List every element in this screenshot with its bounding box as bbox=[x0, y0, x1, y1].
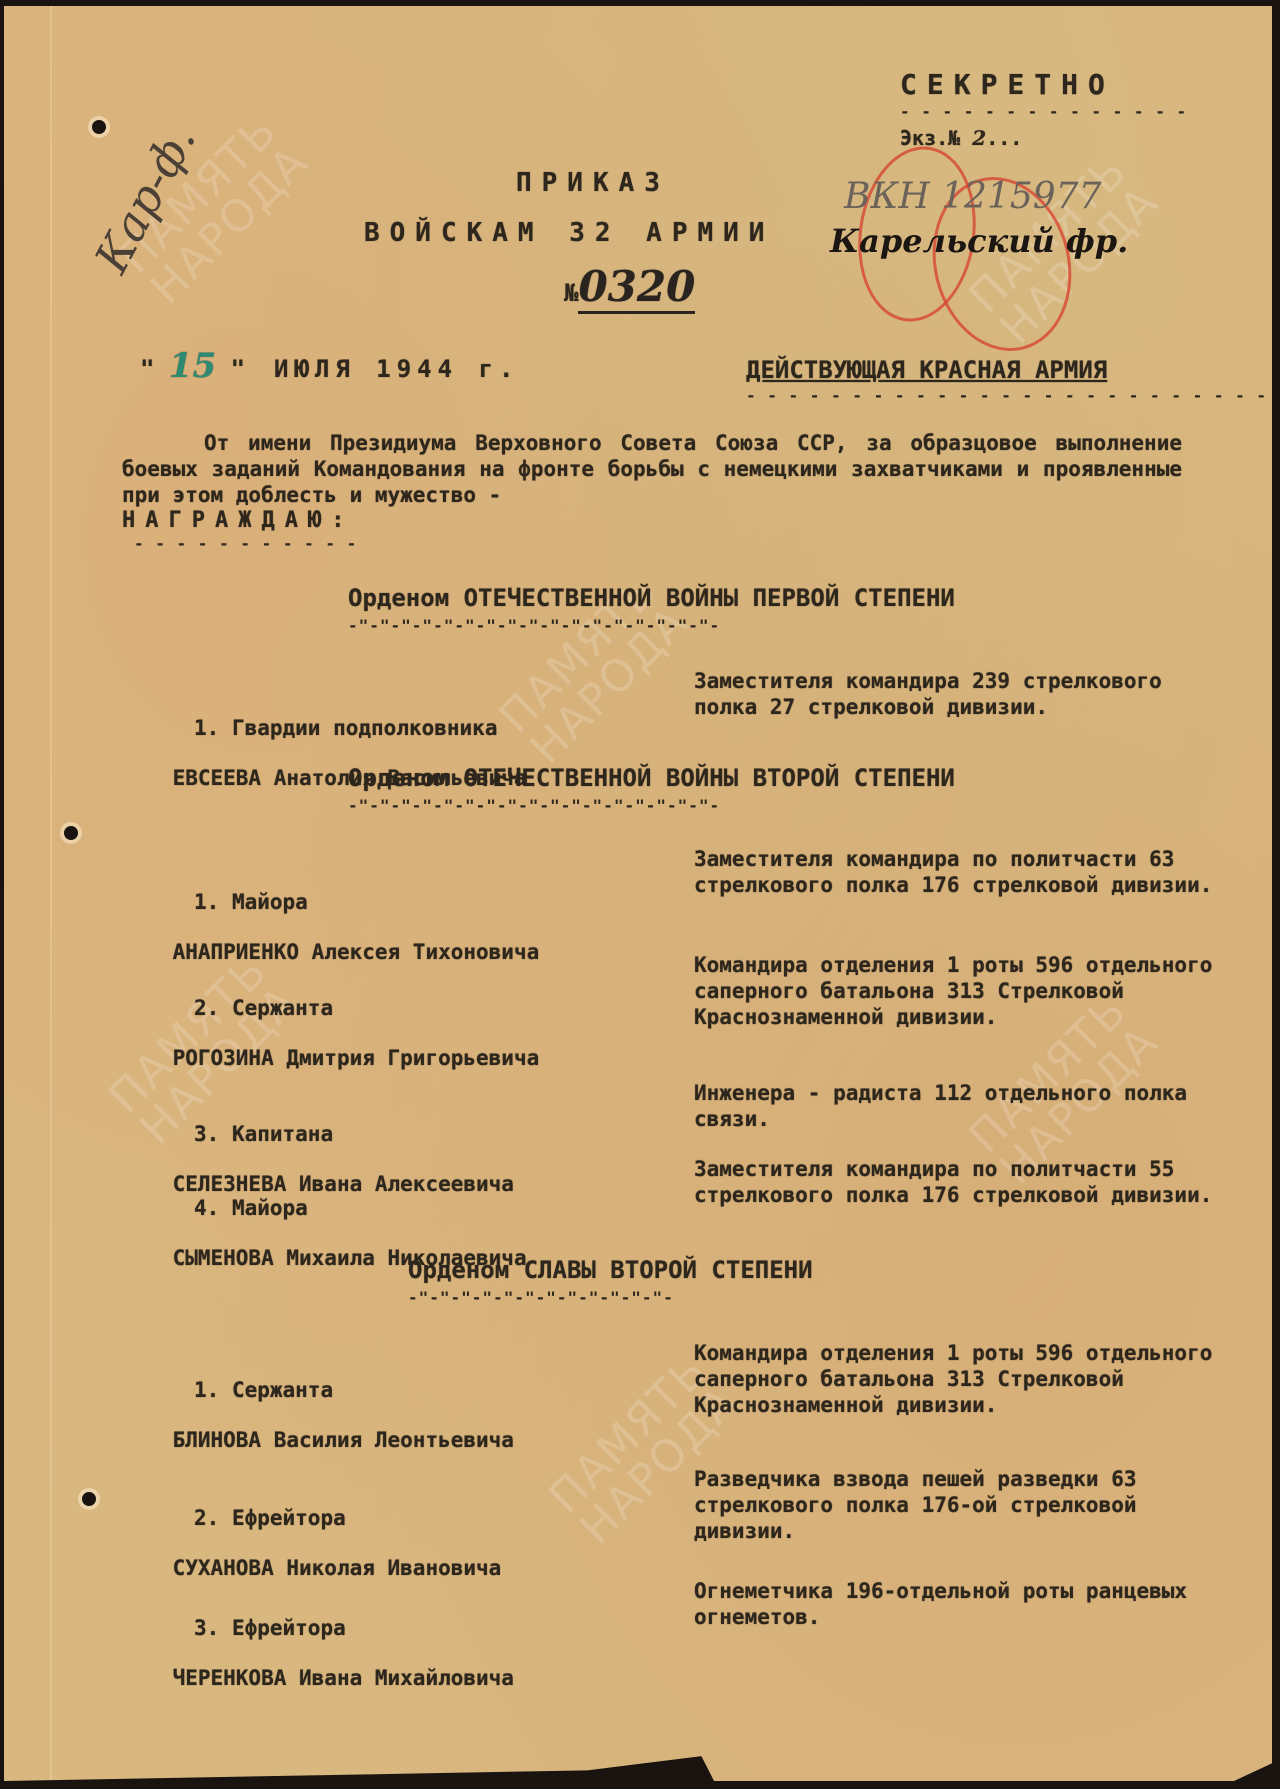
page-title: ПРИКАЗ bbox=[516, 168, 670, 198]
location-label: ДЕЙСТВУЮЩАЯ КРАСНАЯ АРМИЯ bbox=[746, 356, 1107, 384]
award-entry-position: Командира отделения 1 роты 596 отдельног… bbox=[694, 1340, 1214, 1418]
award-entry-position: Заместителя командира по политчасти 55 с… bbox=[694, 1156, 1214, 1208]
punch-hole bbox=[82, 1492, 96, 1506]
location-underline: - - - - - - - - - - - - - - - - - - - - … bbox=[746, 386, 1267, 405]
document-page: ПАМЯТЬНАРОДА ПАМЯТЬНАРОДА ПАМЯТЬНАРОДА П… bbox=[4, 6, 1272, 1781]
order-number: №0320 bbox=[564, 262, 695, 311]
punch-hole bbox=[92, 120, 106, 134]
award-entry-position: Заместителя командира 239 стрелкового по… bbox=[694, 668, 1214, 720]
front-note: Карельский фр. bbox=[830, 222, 1128, 260]
archive-note: ВКН 1215977 bbox=[844, 176, 1101, 217]
award-entry-position: Заместителя командира по политчасти 63 с… bbox=[694, 846, 1214, 898]
section-title-3: Орденом СЛАВЫ ВТОРОЙ СТЕПЕНИ bbox=[408, 1256, 813, 1284]
award-entry-name: 3. Ефрейтора ЧЕРЕНКОВА Ивана Михайловича bbox=[122, 1566, 514, 1716]
award-entry-position: Командира отделения 1 роты 596 отдельног… bbox=[694, 952, 1214, 1030]
margin-note: Кар-ф. bbox=[84, 116, 206, 281]
order-date: " 15 " ИЮЛЯ 1944 г. bbox=[140, 346, 519, 386]
section-underline: -"-"-"-"-"-"-"-"-"-"-"-"- bbox=[408, 1288, 674, 1307]
paper-fold bbox=[50, 6, 52, 1781]
punch-hole bbox=[64, 826, 78, 840]
classification-underline: - - - - - - - - - - - - - - bbox=[900, 102, 1187, 121]
verb-underline: - - - - - - - - - - - bbox=[134, 534, 357, 553]
award-entry-position: Инженера - радиста 112 отдельного полка … bbox=[694, 1080, 1214, 1132]
award-verb: НАГРАЖДАЮ: bbox=[122, 508, 354, 533]
section-title-2: Орденом ОТЕЧЕСТВЕННОЙ ВОЙНЫ ВТОРОЙ СТЕПЕ… bbox=[348, 764, 955, 792]
award-entry-name: 1. Гвардии подполковника ЕВСЕЕВА Анатоли… bbox=[122, 666, 527, 816]
award-entry-position: Разведчика взвода пешей разведки 63 стре… bbox=[694, 1466, 1214, 1544]
section-title-1: Орденом ОТЕЧЕСТВЕННОЙ ВОЙНЫ ПЕРВОЙ СТЕПЕ… bbox=[348, 584, 955, 612]
section-underline: -"-"-"-"-"-"-"-"-"-"-"-"-"-"-"-"-"- bbox=[348, 796, 720, 815]
classification-label: СЕКРЕТНО bbox=[900, 68, 1115, 101]
section-underline: -"-"-"-"-"-"-"-"-"-"-"-"-"-"-"-"-"- bbox=[348, 616, 720, 635]
award-entry-position: Огнеметчика 196-отдельной роты ранцевых … bbox=[694, 1578, 1214, 1630]
page-subtitle: ВОЙСКАМ 32 АРМИИ bbox=[364, 218, 774, 248]
preamble-text: От имени Президиума Верховного Совета Со… bbox=[122, 430, 1182, 508]
